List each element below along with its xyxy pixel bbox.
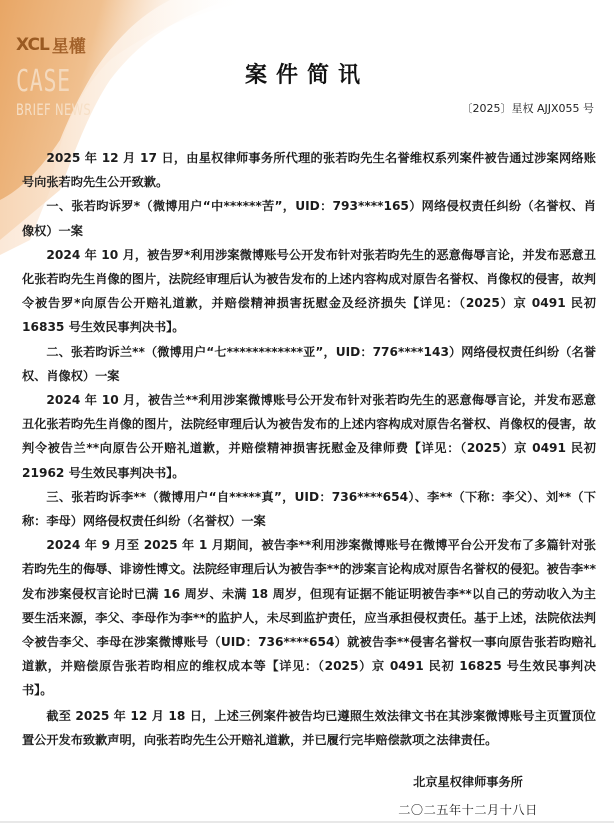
case2-heading: 二、张若昀诉兰**（微博用户“七************亚”，UID：776**… — [22, 340, 596, 388]
case1-paragraph: 2024 年 10 月，被告罗*利用涉案微博账号公开发布针对张若昀先生的恶意侮辱… — [22, 243, 596, 340]
document-body: 2025 年 12 月 17 日，由星权律师事务所代理的张若昀先生名誉维权系列案… — [22, 146, 596, 752]
page-title: 案件简讯 — [0, 58, 614, 89]
case1-heading: 一、张若昀诉罗*（微博用户“中******苦”，UID：793****165）网… — [22, 194, 596, 242]
case2-paragraph: 2024 年 10 月，被告兰**利用涉案微博账号公开发布针对张若昀先生的恶意侮… — [22, 388, 596, 485]
brief-news-watermark: BRIEF NEWS — [16, 100, 91, 119]
document-number: 〔2025〕星权 AJJX055 号 — [461, 100, 594, 116]
intro-paragraph: 2025 年 12 月 17 日，由星权律师事务所代理的张若昀先生名誉维权系列案… — [22, 146, 596, 194]
logo-chinese-name: 星權 — [52, 32, 86, 57]
brand-logo: XCL 星權 — [16, 32, 86, 57]
signature-date: 二〇二五年十二月十八日 — [398, 801, 538, 818]
signature-organization: 北京星权律师事务所 — [398, 773, 538, 790]
case3-heading: 三、张若昀诉李**（微博用户“自*****真”，UID：736****654）、… — [22, 485, 596, 533]
conclusion-paragraph: 截至 2025 年 12 月 18 日，上述三例案件被告均已遵照生效法律文书在其… — [22, 704, 596, 752]
case3-paragraph: 2024 年 9 月至 2025 年 1 月期间，被告李**利用涉案微博账号在微… — [22, 533, 596, 702]
logo-mark: XCL — [16, 35, 49, 55]
